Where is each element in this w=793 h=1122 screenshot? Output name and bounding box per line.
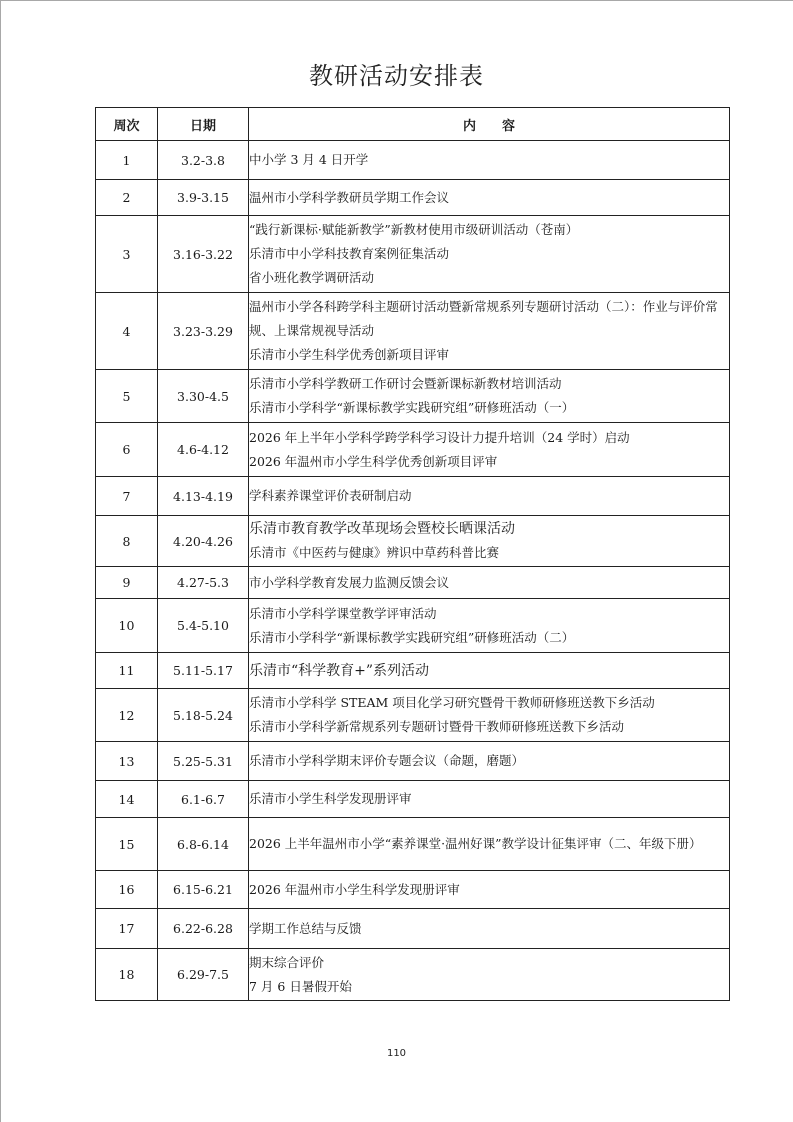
date-cell: 5.25-5.31 (158, 742, 249, 781)
table-row: 5 3.30-4.5 乐清市小学科学教研工作研讨会暨新课标新教材培训活动 乐清市… (96, 370, 730, 423)
date-cell: 6.22-6.28 (158, 909, 249, 949)
date-cell: 5.18-5.24 (158, 689, 249, 742)
week-cell: 14 (96, 781, 158, 818)
activity-item: 乐清市小学科学“新课标教学实践研究组”研修班活动（一） (249, 396, 729, 420)
date-cell: 3.30-4.5 (158, 370, 249, 423)
date-cell: 4.20-4.26 (158, 516, 249, 567)
week-cell: 2 (96, 180, 158, 216)
activity-item: 2026 上半年温州市小学“素养课堂·温州好课”教学设计征集评审（二、年级下册） (249, 832, 729, 856)
table-row: 15 6.8-6.14 2026 上半年温州市小学“素养课堂·温州好课”教学设计… (96, 818, 730, 871)
content-cell: 温州市小学各科跨学科主题研讨活动暨新常规系列专题研讨活动（二）：作业与评价常规、… (249, 293, 730, 370)
week-cell: 6 (96, 423, 158, 477)
page-left-edge (0, 0, 1, 1122)
page-top-edge (0, 0, 793, 1)
activity-item: 乐清市“科学教育+”系列活动 (249, 659, 729, 683)
table-row: 7 4.13-4.19 学科素养课堂评价表研制启动 (96, 477, 730, 516)
date-cell: 3.2-3.8 (158, 141, 249, 180)
week-cell: 1 (96, 141, 158, 180)
content-cell: 乐清市“科学教育+”系列活动 (249, 653, 730, 689)
table-row: 4 3.23-3.29 温州市小学各科跨学科主题研讨活动暨新常规系列专题研讨活动… (96, 293, 730, 370)
week-cell: 8 (96, 516, 158, 567)
table-row: 14 6.1-6.7 乐清市小学生科学发现册评审 (96, 781, 730, 818)
activity-item: 中小学 3 月 4 日开学 (249, 148, 729, 172)
header-date: 日期 (158, 108, 249, 141)
content-cell: 市小学科学教育发展力监测反馈会议 (249, 567, 730, 599)
activity-item: 乐清市小学科学新常规系列专题研讨暨骨干教师研修班送教下乡活动 (249, 715, 729, 739)
activity-item: 乐清市中小学科技教育案例征集活动 (249, 242, 729, 266)
table-row: 8 4.20-4.26 乐清市教育教学改革现场会暨校长晒课活动 乐清市《中医药与… (96, 516, 730, 567)
activity-item: 2026 年温州市小学生科学发现册评审 (249, 878, 729, 902)
date-cell: 5.4-5.10 (158, 599, 249, 653)
activity-item: 2026 年上半年小学科学跨学科学习设计力提升培训（24 学时）启动 (249, 426, 729, 450)
date-cell: 6.1-6.7 (158, 781, 249, 818)
activity-item: 7 月 6 日暑假开始 (249, 975, 729, 999)
table-row: 13 5.25-5.31 乐清市小学科学期末评价专题会议（命题，磨题） (96, 742, 730, 781)
week-cell: 11 (96, 653, 158, 689)
content-cell: 乐清市小学科学课堂教学评审活动 乐清市小学科学“新课标教学实践研究组”研修班活动… (249, 599, 730, 653)
table-row: 6 4.6-4.12 2026 年上半年小学科学跨学科学习设计力提升培训（24 … (96, 423, 730, 477)
table-header-row: 周次 日期 内 容 (96, 108, 730, 141)
activity-item: 2026 年温州市小学生科学优秀创新项目评审 (249, 450, 729, 474)
date-cell: 3.16-3.22 (158, 216, 249, 293)
activity-item: 温州市小学各科跨学科主题研讨活动暨新常规系列专题研讨活动（二）：作业与评价常规、… (249, 295, 729, 343)
date-cell: 6.15-6.21 (158, 871, 249, 909)
activity-item: 乐清市小学科学期末评价专题会议（命题，磨题） (249, 749, 729, 773)
week-cell: 13 (96, 742, 158, 781)
table-row: 11 5.11-5.17 乐清市“科学教育+”系列活动 (96, 653, 730, 689)
activity-item: 市小学科学教育发展力监测反馈会议 (249, 571, 729, 595)
week-cell: 5 (96, 370, 158, 423)
activity-item: 乐清市小学生科学发现册评审 (249, 787, 729, 811)
table-row: 16 6.15-6.21 2026 年温州市小学生科学发现册评审 (96, 871, 730, 909)
page-title: 教研活动安排表 (0, 56, 793, 91)
table-row: 10 5.4-5.10 乐清市小学科学课堂教学评审活动 乐清市小学科学“新课标教… (96, 599, 730, 653)
activity-item: 乐清市小学科学课堂教学评审活动 (249, 602, 729, 626)
header-week: 周次 (96, 108, 158, 141)
date-cell: 3.23-3.29 (158, 293, 249, 370)
content-cell: 2026 年上半年小学科学跨学科学习设计力提升培训（24 学时）启动 2026 … (249, 423, 730, 477)
week-cell: 15 (96, 818, 158, 871)
content-cell: 学科素养课堂评价表研制启动 (249, 477, 730, 516)
table-row: 2 3.9-3.15 温州市小学科学教研员学期工作会议 (96, 180, 730, 216)
content-cell: 学期工作总结与反馈 (249, 909, 730, 949)
week-cell: 16 (96, 871, 158, 909)
week-cell: 12 (96, 689, 158, 742)
activity-item: 乐清市小学科学教研工作研讨会暨新课标新教材培训活动 (249, 372, 729, 396)
content-cell: 乐清市小学科学教研工作研讨会暨新课标新教材培训活动 乐清市小学科学“新课标教学实… (249, 370, 730, 423)
activity-item: 乐清市小学科学“新课标教学实践研究组”研修班活动（二） (249, 626, 729, 650)
date-cell: 4.6-4.12 (158, 423, 249, 477)
date-cell: 5.11-5.17 (158, 653, 249, 689)
table-row: 9 4.27-5.3 市小学科学教育发展力监测反馈会议 (96, 567, 730, 599)
schedule-table: 周次 日期 内 容 1 3.2-3.8 中小学 3 月 4 日开学 2 3.9-… (95, 107, 730, 1001)
content-cell: 乐清市小学科学 STEAM 项目化学习研究暨骨干教师研修班送教下乡活动 乐清市小… (249, 689, 730, 742)
date-cell: 4.27-5.3 (158, 567, 249, 599)
activity-item: 乐清市教育教学改革现场会暨校长晒课活动 (249, 517, 729, 541)
date-cell: 3.9-3.15 (158, 180, 249, 216)
header-content: 内 容 (249, 108, 730, 141)
page-number: 110 (0, 1048, 793, 1059)
activity-item: 温州市小学科学教研员学期工作会议 (249, 186, 729, 210)
week-cell: 7 (96, 477, 158, 516)
week-cell: 18 (96, 949, 158, 1001)
content-cell: 乐清市小学生科学发现册评审 (249, 781, 730, 818)
activity-item: 乐清市小学科学 STEAM 项目化学习研究暨骨干教师研修班送教下乡活动 (249, 691, 729, 715)
content-cell: “践行新课标·赋能新教学”新教材使用市级研训活动（苍南） 乐清市中小学科技教育案… (249, 216, 730, 293)
content-cell: 中小学 3 月 4 日开学 (249, 141, 730, 180)
activity-item: 学期工作总结与反馈 (249, 917, 729, 941)
content-cell: 2026 年温州市小学生科学发现册评审 (249, 871, 730, 909)
content-cell: 乐清市教育教学改革现场会暨校长晒课活动 乐清市《中医药与健康》辨识中草药科普比赛 (249, 516, 730, 567)
date-cell: 6.8-6.14 (158, 818, 249, 871)
activity-item: 学科素养课堂评价表研制启动 (249, 484, 729, 508)
content-cell: 2026 上半年温州市小学“素养课堂·温州好课”教学设计征集评审（二、年级下册） (249, 818, 730, 871)
week-cell: 9 (96, 567, 158, 599)
activity-item: 期末综合评价 (249, 951, 729, 975)
week-cell: 10 (96, 599, 158, 653)
week-cell: 17 (96, 909, 158, 949)
table-row: 18 6.29-7.5 期末综合评价 7 月 6 日暑假开始 (96, 949, 730, 1001)
table-row: 17 6.22-6.28 学期工作总结与反馈 (96, 909, 730, 949)
table-row: 3 3.16-3.22 “践行新课标·赋能新教学”新教材使用市级研训活动（苍南）… (96, 216, 730, 293)
content-cell: 乐清市小学科学期末评价专题会议（命题，磨题） (249, 742, 730, 781)
activity-item: 乐清市《中医药与健康》辨识中草药科普比赛 (249, 541, 729, 565)
date-cell: 4.13-4.19 (158, 477, 249, 516)
activity-item: 乐清市小学生科学优秀创新项目评审 (249, 343, 729, 367)
table-row: 12 5.18-5.24 乐清市小学科学 STEAM 项目化学习研究暨骨干教师研… (96, 689, 730, 742)
content-cell: 期末综合评价 7 月 6 日暑假开始 (249, 949, 730, 1001)
date-cell: 6.29-7.5 (158, 949, 249, 1001)
activity-item: “践行新课标·赋能新教学”新教材使用市级研训活动（苍南） (249, 218, 729, 242)
content-cell: 温州市小学科学教研员学期工作会议 (249, 180, 730, 216)
week-cell: 3 (96, 216, 158, 293)
activity-item: 省小班化教学调研活动 (249, 266, 729, 290)
week-cell: 4 (96, 293, 158, 370)
table-row: 1 3.2-3.8 中小学 3 月 4 日开学 (96, 141, 730, 180)
